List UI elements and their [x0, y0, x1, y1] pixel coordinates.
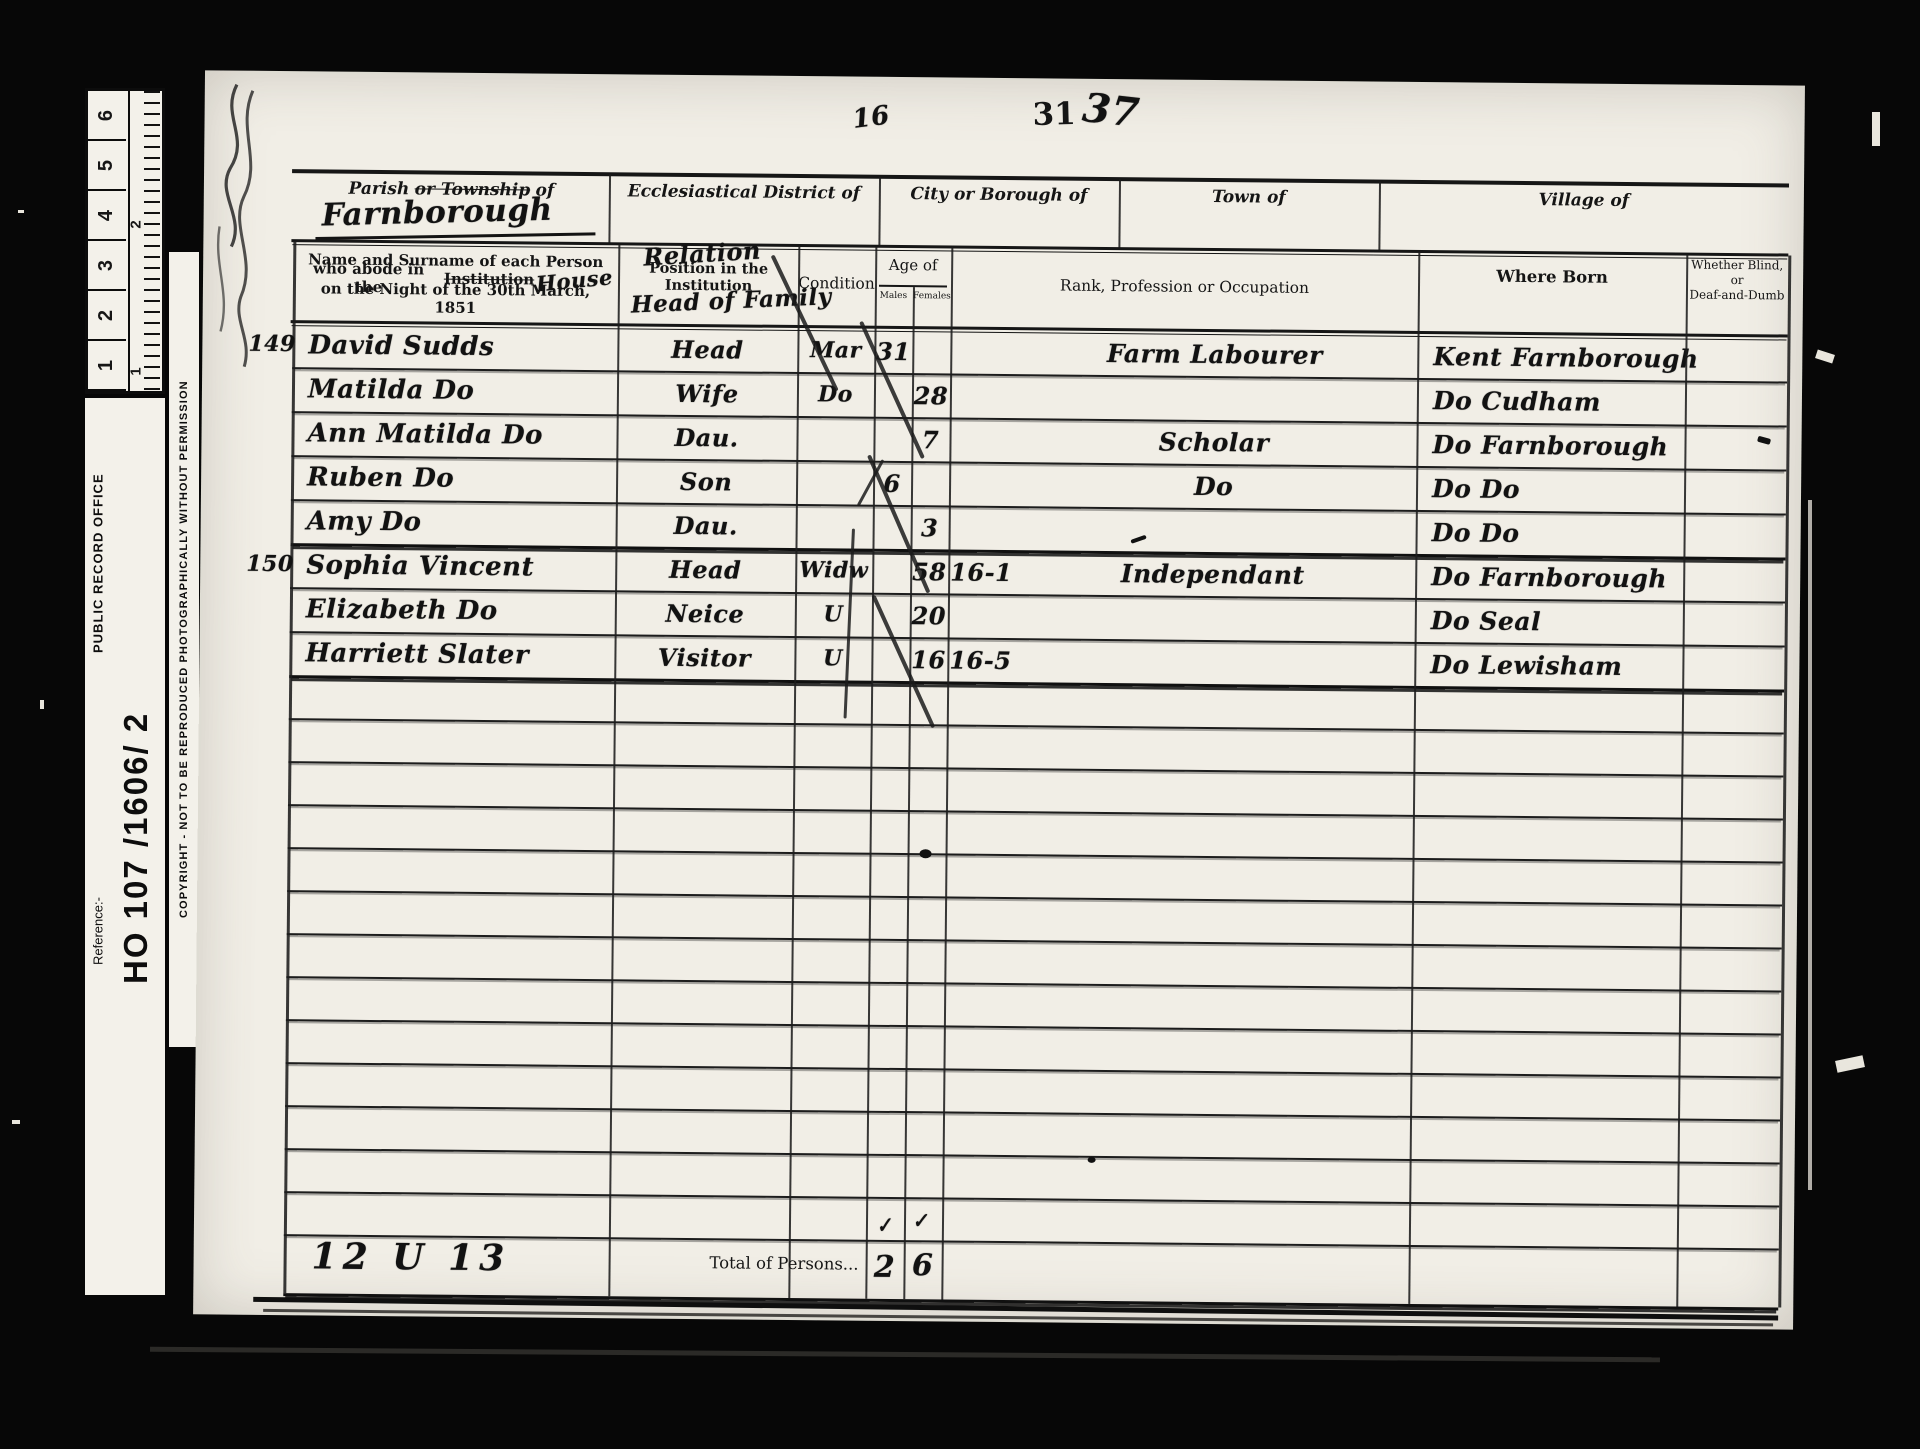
- age-female-cell: [911, 461, 949, 505]
- condition-cell: [796, 416, 873, 461]
- record-office-label: PUBLIC RECORD OFFICE: [87, 448, 109, 678]
- occupation-cell: [1012, 374, 1417, 422]
- film-speck: [12, 1120, 20, 1124]
- condition-cell: Do: [797, 372, 874, 417]
- condition-col-header: Condition: [798, 272, 875, 295]
- occupation-cell: [1010, 594, 1415, 642]
- age-col-header: Age of: [875, 255, 951, 276]
- condition-cell: U: [795, 592, 872, 637]
- film-speck: [40, 700, 44, 709]
- total-persons-label: Total of Persons...: [594, 1252, 859, 1274]
- birthplace-cell: Do Do: [1416, 466, 1700, 513]
- copyright-notice: COPYRIGHT - NOT TO BE REPRODUCED PHOTOGR…: [169, 252, 199, 1047]
- name-cell: Elizabeth Do: [292, 587, 629, 634]
- age-male-cell: [872, 549, 910, 593]
- name-cell: David Sudds: [294, 323, 631, 370]
- margin-scribble: [204, 76, 269, 417]
- film-speck: [1815, 349, 1835, 363]
- total-males-value: 2: [865, 1245, 903, 1289]
- age-female-cell: 58: [910, 549, 948, 593]
- infirmity-cell: [1684, 469, 1786, 514]
- village-field-label: Village of: [1379, 186, 1789, 216]
- birthplace-cell: Do Farnborough: [1416, 422, 1700, 469]
- reference-number: HO 107 /1606/ 2: [109, 598, 163, 1098]
- blind-col-header-2: or: [1686, 273, 1788, 288]
- archive-label-panel: PUBLIC RECORD OFFICE Reference:- HO 107 …: [85, 398, 165, 1295]
- infirmity-cell: [1684, 425, 1786, 470]
- occupation-cell: [1009, 638, 1414, 686]
- film-speck: [1872, 112, 1880, 146]
- schedule-note-cell: [952, 374, 1012, 419]
- ruler-number: 4: [88, 191, 126, 241]
- schedule-note-cell: [950, 593, 1010, 638]
- birthplace-cell: Do Seal: [1415, 598, 1699, 645]
- ecclesiastical-field-label: Ecclesiastical District of: [609, 178, 879, 207]
- relation-cell: Son: [616, 458, 796, 504]
- blind-col-header-3: Deaf-and-Dumb: [1686, 287, 1788, 304]
- infirmity-cell: [1685, 337, 1787, 382]
- ruler-number: 2: [88, 291, 126, 341]
- pencil-folio-mark: 16: [851, 100, 892, 135]
- table-gridlines: [205, 70, 1805, 85]
- occupation-cell: Scholar: [1011, 418, 1416, 466]
- name-cell: Ruben Do: [293, 455, 630, 502]
- schedule-note-cell: [950, 506, 1010, 551]
- schedule-note-cell: [951, 418, 1011, 463]
- infirmity-cell: [1683, 513, 1785, 558]
- occupation-cell: Do: [1011, 462, 1416, 510]
- schedule-note-cell: 16-1: [950, 549, 1010, 594]
- infirmity-cell: [1683, 601, 1785, 646]
- infirmity-cell: [1683, 557, 1785, 602]
- schedule-note-cell: [951, 462, 1011, 507]
- relation-cell: Neice: [615, 590, 795, 636]
- ruler-ticks: [144, 91, 160, 391]
- name-cell: Ann Matilda Do: [293, 411, 630, 458]
- condition-cell: Widw: [795, 548, 872, 593]
- stamped-page-number: 31: [1032, 96, 1076, 133]
- birthplace-cell: Do Do: [1415, 510, 1699, 557]
- age-female-cell: 16: [909, 637, 947, 681]
- tally-tick-icon: ✓: [911, 1209, 930, 1233]
- relation-cell: Dau.: [616, 414, 796, 460]
- census-page: 16 31 37 Parish or Township of Farnborou…: [193, 70, 1805, 1329]
- ink-blot: [920, 849, 932, 858]
- occupation-cell: Farm Labourer: [1012, 330, 1417, 378]
- relation-cell: Wife: [617, 370, 797, 416]
- name-cell: Sophia Vincent: [292, 543, 629, 590]
- ruler-strip: 654321 2 1: [85, 88, 165, 394]
- condition-cell: U: [794, 636, 871, 681]
- age-female-cell: [912, 329, 950, 373]
- name-cell: Amy Do: [293, 499, 630, 546]
- page-edge-streak: [1808, 500, 1812, 1190]
- census-rows: David SuddsHeadMar31Farm LabourerKent Fa…: [205, 70, 1805, 85]
- birthplace-cell: Do Lewisham: [1414, 642, 1698, 689]
- infirmity-cell: [1685, 381, 1787, 426]
- census-scan: 654321 2 1 PUBLIC RECORD OFFICE Referenc…: [0, 0, 1920, 1449]
- age-males-header: Males: [874, 289, 913, 303]
- ruler-divider: [128, 91, 130, 391]
- birthplace-cell: Do Farnborough: [1415, 554, 1699, 601]
- condition-cell: [795, 504, 872, 549]
- total-females-value: 6: [903, 1243, 941, 1287]
- relation-cell: Dau.: [615, 502, 795, 548]
- name-cell: Matilda Do: [294, 367, 631, 414]
- birthplace-cell: Do Cudham: [1417, 378, 1701, 425]
- ink-blot: [1088, 1157, 1096, 1163]
- schedule-note-cell: 16-5: [949, 637, 1009, 682]
- age-female-cell: 28: [912, 373, 950, 417]
- age-females-header: Females: [912, 289, 952, 303]
- town-field-label: Town of: [1119, 183, 1379, 211]
- blind-col-header-1: Whether Blind,: [1686, 257, 1788, 274]
- born-col-header: Where Born: [1418, 264, 1686, 289]
- schedule-note-cell: [952, 330, 1012, 375]
- ruler-number: 5: [88, 141, 126, 191]
- occupation-col-header: Rank, Profession or Occupation: [951, 273, 1418, 299]
- copyright-strip: COPYRIGHT - NOT TO BE REPRODUCED PHOTOGR…: [169, 252, 199, 1047]
- parish-value: Farnborough: [321, 192, 553, 234]
- schedule-number: 149: [248, 331, 296, 357]
- ruler-number: 6: [88, 91, 126, 141]
- age-female-cell: 3: [910, 505, 948, 549]
- film-speck: [1835, 1055, 1865, 1073]
- occupation-cell: Independant: [1010, 550, 1415, 598]
- birthplace-cell: Kent Farnborough: [1417, 334, 1701, 381]
- enumerator-tally-note: 12 U 13: [311, 1235, 510, 1279]
- relation-cell: Head: [615, 546, 795, 592]
- ruler-secondary-1: 1: [128, 367, 145, 375]
- torn-edge-streak: [150, 1347, 1660, 1363]
- age-female-cell: 20: [910, 593, 948, 637]
- reference-label: Reference:-: [87, 866, 109, 996]
- page-bottom-smudge-rule: [263, 1309, 1773, 1326]
- film-speck: [18, 210, 24, 213]
- name-cell: Harriett Slater: [291, 631, 628, 678]
- ruler-number: 1: [88, 341, 126, 391]
- relation-cell: Head: [617, 326, 797, 372]
- occupation-cell: [1010, 506, 1415, 554]
- infirmity-cell: [1682, 645, 1784, 690]
- name-col-header-line3: on the Night of the 30th March, 1851: [298, 287, 613, 310]
- schedule-number: 150: [246, 551, 294, 577]
- ruler-number: 3: [88, 241, 126, 291]
- ink-folio-mark: 37: [1080, 84, 1142, 137]
- city-field-label: City or Borough of: [879, 181, 1119, 209]
- ruler-secondary-2: 2: [128, 220, 145, 228]
- relation-cell: Visitor: [614, 634, 794, 680]
